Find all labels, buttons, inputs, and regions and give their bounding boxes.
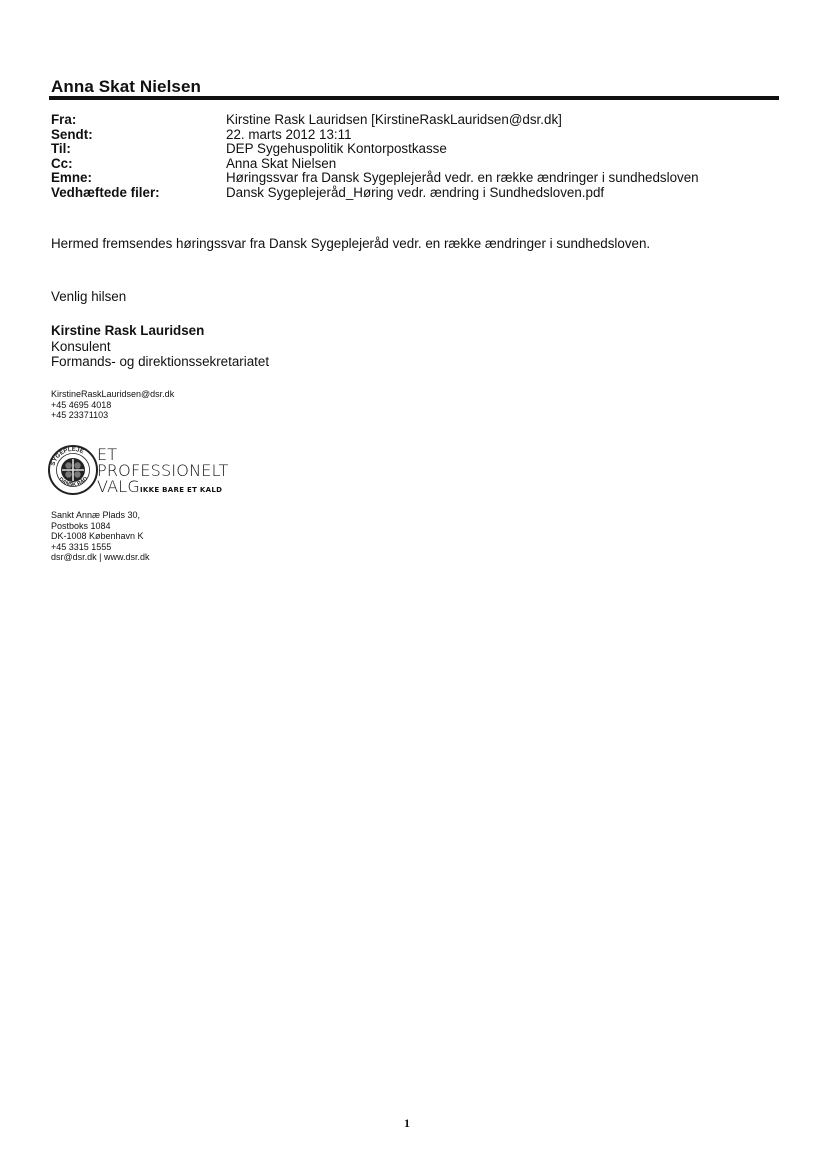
signature-department: Formands- og direktionssekretariatet — [51, 354, 269, 370]
document-page: Anna Skat Nielsen Fra: Kirstine Rask Lau… — [0, 0, 826, 1169]
header-label: Emne: — [51, 171, 226, 186]
header-row-subject: Emne: Høringssvar fra Dansk Sygeplejeråd… — [51, 171, 699, 186]
address-pobox: Postboks 1084 — [51, 521, 150, 532]
header-label: Cc: — [51, 157, 226, 172]
signature-name: Kirstine Rask Lauridsen — [51, 323, 269, 339]
header-row-sent: Sendt: 22. marts 2012 13:11 — [51, 128, 699, 143]
contact-mobile: +45 23371103 — [51, 410, 174, 421]
attachment-filename: Dansk Sygeplejeråd_Høring vedr. ændring … — [226, 186, 604, 201]
slogan-tagline: IKKE BARE ET KALD — [140, 486, 222, 494]
header-label: Vedhæftede filer: — [51, 186, 226, 201]
header-value: Anna Skat Nielsen — [226, 157, 336, 172]
document-title: Anna Skat Nielsen — [51, 77, 201, 97]
logo-slogan: ET PROFESSIONELT VALGIKKE BARE ET KALD — [97, 447, 228, 498]
message-body: Hermed fremsendes høringssvar fra Dansk … — [51, 236, 650, 251]
slogan-line-3: VALGIKKE BARE ET KALD — [97, 479, 228, 498]
address-phone: +45 3315 1555 — [51, 542, 150, 553]
address-street: Sankt Annæ Plads 30, — [51, 510, 150, 521]
signature-contact: KirstineRaskLauridsen@dsr.dk +45 4695 40… — [51, 389, 174, 421]
email-header: Fra: Kirstine Rask Lauridsen [KirstineRa… — [51, 113, 699, 201]
header-value: DEP Sygehuspolitik Kontorpostkasse — [226, 142, 447, 157]
slogan-valg: VALG — [97, 477, 140, 496]
header-label: Sendt: — [51, 128, 226, 143]
header-row-attachments: Vedhæftede filer: Dansk Sygeplejeråd_Hør… — [51, 186, 699, 201]
signature-position: Konsulent — [51, 339, 269, 355]
header-row-to: Til: DEP Sygehuspolitik Kontorpostkasse — [51, 142, 699, 157]
sygeplejeraad-seal-icon: SYGEPLEJE DANSK RÅD — [47, 444, 99, 496]
contact-email: KirstineRaskLauridsen@dsr.dk — [51, 389, 174, 400]
header-value: Kirstine Rask Lauridsen [KirstineRaskLau… — [226, 113, 562, 128]
dsr-logo: SYGEPLEJE DANSK RÅD ET PROFESSIONELT VAL… — [47, 444, 237, 500]
signature: Kirstine Rask Lauridsen Konsulent Forman… — [51, 323, 269, 370]
contact-phone: +45 4695 4018 — [51, 400, 174, 411]
address-block: Sankt Annæ Plads 30, Postboks 1084 DK-10… — [51, 510, 150, 563]
page-number: 1 — [404, 1116, 410, 1131]
title-divider — [49, 96, 779, 100]
header-value: Høringssvar fra Dansk Sygeplejeråd vedr.… — [226, 171, 699, 186]
greeting: Venlig hilsen — [51, 289, 126, 304]
header-row-from: Fra: Kirstine Rask Lauridsen [KirstineRa… — [51, 113, 699, 128]
header-label: Fra: — [51, 113, 226, 128]
header-row-cc: Cc: Anna Skat Nielsen — [51, 157, 699, 172]
address-city: DK-1008 København K — [51, 531, 150, 542]
header-value: 22. marts 2012 13:11 — [226, 128, 352, 143]
address-web: dsr@dsr.dk | www.dsr.dk — [51, 552, 150, 563]
header-label: Til: — [51, 142, 226, 157]
